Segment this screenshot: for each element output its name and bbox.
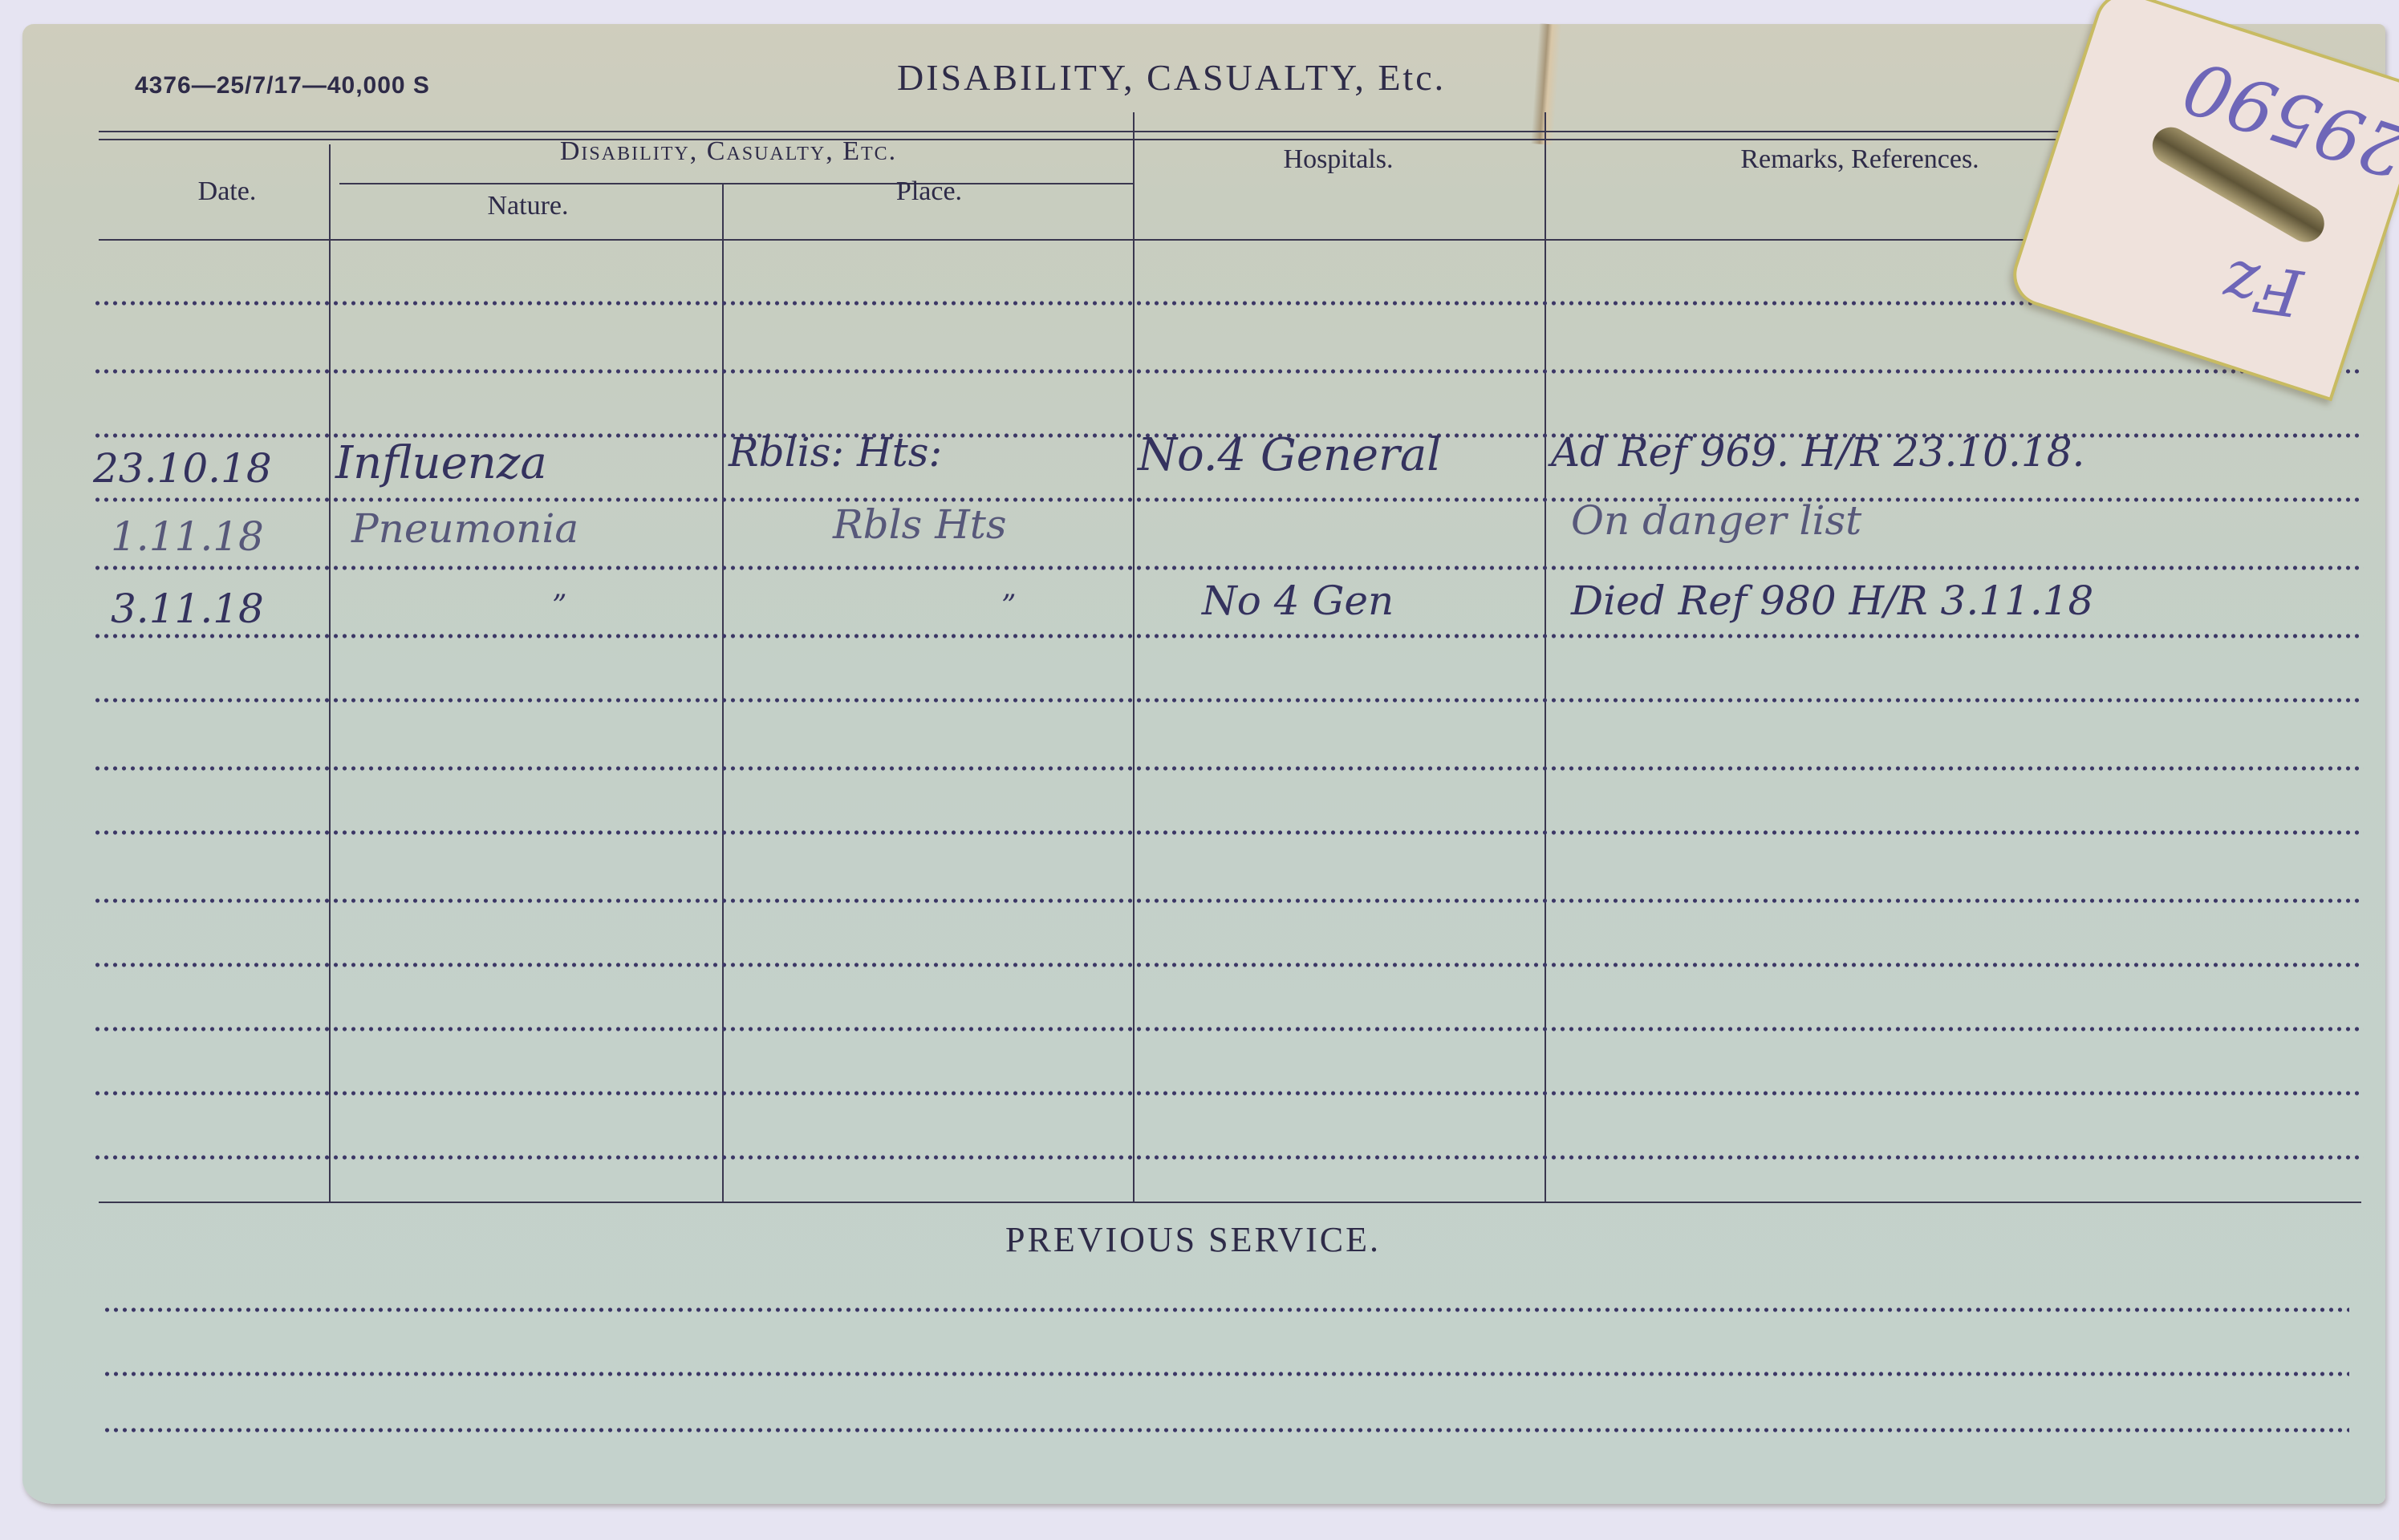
row-hospitals: No 4 Gen <box>1202 577 1394 624</box>
ruled-line <box>103 1307 2349 1312</box>
ruled-line <box>93 962 2364 967</box>
col-rule-nature <box>722 183 724 1203</box>
ruled-line <box>103 1372 2349 1376</box>
card-tear <box>1531 23 1561 145</box>
row-remarks: Ad Ref 969. H/R 23.10.18. <box>1551 429 2084 476</box>
row-place: ” <box>1001 590 1016 622</box>
ruled-line <box>93 497 2364 502</box>
ruled-line <box>93 369 2364 374</box>
ruled-line <box>93 1091 2364 1096</box>
ruled-line <box>93 898 2364 903</box>
row-nature: ” <box>552 590 566 622</box>
previous-service-title: PREVIOUS SERVICE. <box>1005 1219 1381 1260</box>
header-date: Date. <box>103 176 351 207</box>
ruled-line <box>93 634 2364 638</box>
row-remarks: Died Ref 980 H/R 3.11.18 <box>1571 577 2093 624</box>
table-rule-bottom <box>99 1202 2361 1203</box>
ruled-line <box>93 766 2364 771</box>
card-title: DISABILITY, CASUALTY, Etc. <box>897 56 1446 99</box>
row-place: Rbls Hts <box>833 501 1007 548</box>
header-rule-top <box>99 131 2153 132</box>
ruled-line <box>93 1155 2364 1160</box>
header-nature: Nature. <box>327 191 729 221</box>
row-remarks: On danger list <box>1571 497 1861 544</box>
row-date: 3.11.18 <box>111 586 264 632</box>
row-date: 23.10.18 <box>93 445 272 492</box>
tag-initials: Fz <box>2218 246 2307 331</box>
ruled-line <box>93 1027 2364 1031</box>
header-hospitals: Hospitals. <box>1134 144 1543 175</box>
row-date: 1.11.18 <box>111 513 264 560</box>
form-number: 4376—25/7/17—40,000 S <box>135 72 430 99</box>
ruled-line <box>93 830 2364 835</box>
row-place: Rblis: Hts: <box>729 429 942 476</box>
col-rule-place <box>1133 112 1135 1203</box>
ruled-line <box>93 301 2364 306</box>
ruled-line <box>103 1428 2349 1433</box>
header-place: Place. <box>729 176 1130 207</box>
row-hospitals: No.4 General <box>1138 429 1441 481</box>
ruled-line <box>93 565 2364 570</box>
ruled-line <box>93 698 2364 703</box>
row-nature: Pneumonia <box>351 505 578 552</box>
header-disability-group: Disability, Casualty, Etc. <box>327 136 1130 167</box>
row-nature: Influenza <box>335 437 547 489</box>
col-rule-hospitals <box>1545 112 1546 1203</box>
